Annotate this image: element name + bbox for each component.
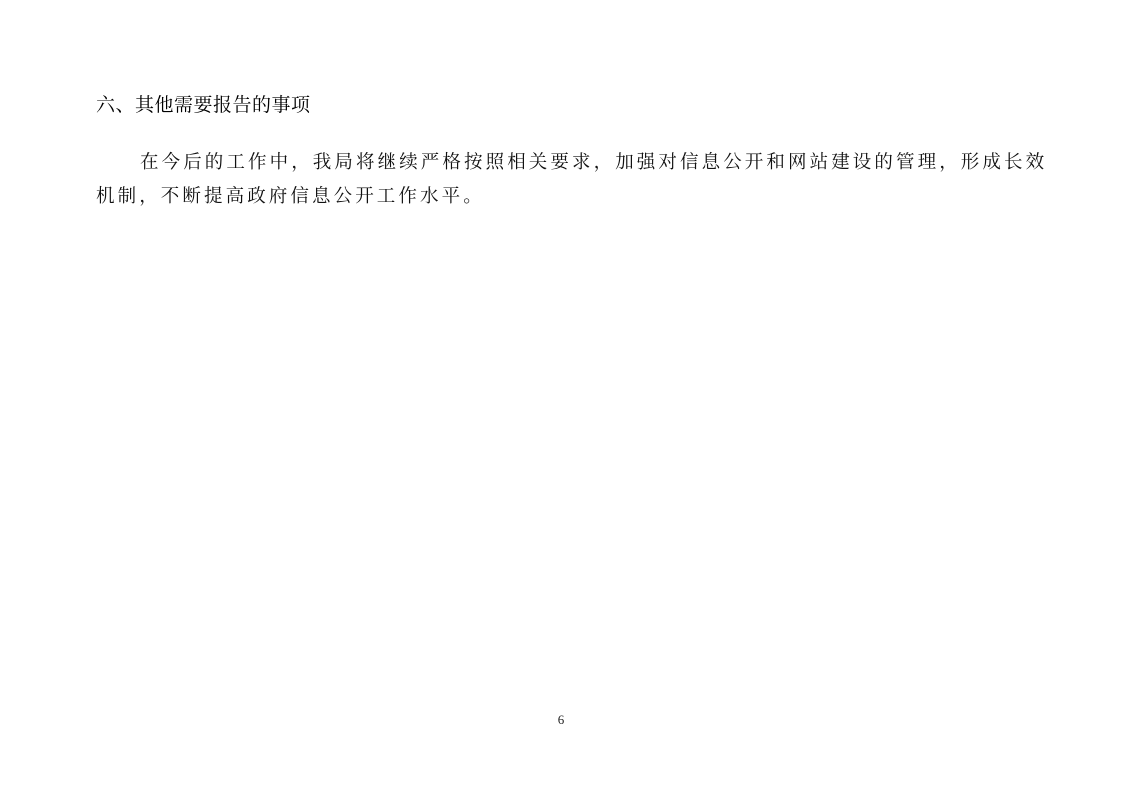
section-heading: 六、其他需要报告的事项 <box>96 90 311 117</box>
paragraph-line: 机制，不断提高政府信息公开工作水平。 <box>96 180 1031 214</box>
page-number: 6 <box>0 712 1122 728</box>
body-paragraph: 在今后的工作中，我局将继续严格按照相关要求，加强对信息公开和网站建设的管理，形成… <box>96 146 1031 214</box>
paragraph-line: 在今后的工作中，我局将继续严格按照相关要求，加强对信息公开和网站建设的管理，形成… <box>96 146 1031 180</box>
document-page: 六、其他需要报告的事项 在今后的工作中，我局将继续严格按照相关要求，加强对信息公… <box>0 0 1122 793</box>
